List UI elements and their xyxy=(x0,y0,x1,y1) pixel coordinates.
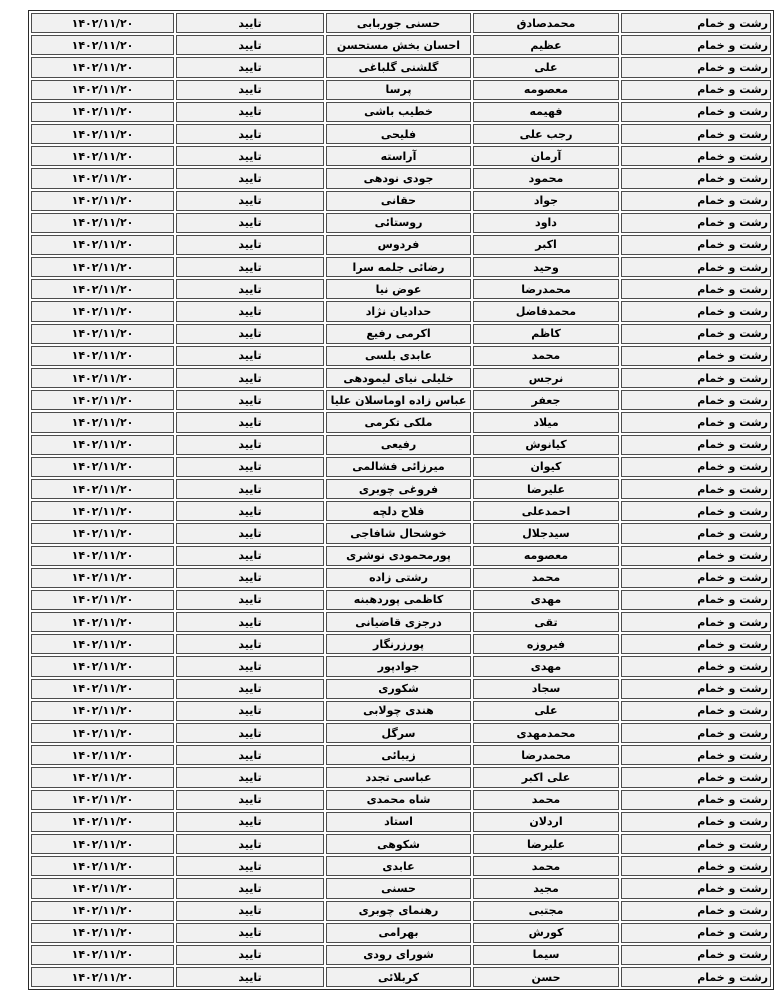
date-cell: ۱۴۰۲/۱۱/۲۰ xyxy=(31,390,174,410)
last-name-cell: فلاح دلچه xyxy=(326,501,471,521)
region-cell: رشت و خمام xyxy=(621,923,771,943)
first-name-cell: داود xyxy=(473,213,619,233)
table-row: رشت و خماماحمدعلیفلاح دلچهتایید۱۴۰۲/۱۱/۲… xyxy=(31,501,771,521)
region-cell: رشت و خمام xyxy=(621,634,771,654)
date-cell: ۱۴۰۲/۱۱/۲۰ xyxy=(31,80,174,100)
last-name-cell: شورای رودی xyxy=(326,945,471,965)
records-table: رشت و خماممحمدصادقحسنی جوربابیتایید۱۴۰۲/… xyxy=(28,10,774,990)
last-name-cell: رهنمای چوبری xyxy=(326,901,471,921)
table-row: رشت و خماممجیدحسنیتایید۱۴۰۲/۱۱/۲۰ xyxy=(31,878,771,898)
table-row: رشت و خماماکبرفردوستایید۱۴۰۲/۱۱/۲۰ xyxy=(31,235,771,255)
table-row: رشت و خمامفهیمهخطیب باشیتایید۱۴۰۲/۱۱/۲۰ xyxy=(31,102,771,122)
region-cell: رشت و خمام xyxy=(621,35,771,55)
region-cell: رشت و خمام xyxy=(621,546,771,566)
date-cell: ۱۴۰۲/۱۱/۲۰ xyxy=(31,35,174,55)
region-cell: رشت و خمام xyxy=(621,301,771,321)
first-name-cell: فیروزه xyxy=(473,634,619,654)
date-cell: ۱۴۰۲/۱۱/۲۰ xyxy=(31,412,174,432)
status-cell: تایید xyxy=(176,878,324,898)
status-cell: تایید xyxy=(176,213,324,233)
region-cell: رشت و خمام xyxy=(621,790,771,810)
first-name-cell: سیدجلال xyxy=(473,523,619,543)
date-cell: ۱۴۰۲/۱۱/۲۰ xyxy=(31,213,174,233)
region-cell: رشت و خمام xyxy=(621,146,771,166)
date-cell: ۱۴۰۲/۱۱/۲۰ xyxy=(31,967,174,987)
date-cell: ۱۴۰۲/۱۱/۲۰ xyxy=(31,612,174,632)
table-row: رشت و خماممهدیکاظمی پوردهبنهتایید۱۴۰۲/۱۱… xyxy=(31,590,771,610)
table-row: رشت و خماممعصومهپورمحمودی نوشریتایید۱۴۰۲… xyxy=(31,546,771,566)
document-page: رشت و خماممحمدصادقحسنی جوربابیتایید۱۴۰۲/… xyxy=(0,0,774,1000)
table-row: رشت و خماممحمدفاضلحدادیان نژادتایید۱۴۰۲/… xyxy=(31,301,771,321)
region-cell: رشت و خمام xyxy=(621,390,771,410)
first-name-cell: سجاد xyxy=(473,679,619,699)
status-cell: تایید xyxy=(176,812,324,832)
region-cell: رشت و خمام xyxy=(621,568,771,588)
status-cell: تایید xyxy=(176,13,324,33)
last-name-cell: خوشحال شافاجی xyxy=(326,523,471,543)
status-cell: تایید xyxy=(176,790,324,810)
last-name-cell: پورزرنگار xyxy=(326,634,471,654)
first-name-cell: محمدصادق xyxy=(473,13,619,33)
date-cell: ۱۴۰۲/۱۱/۲۰ xyxy=(31,767,174,787)
last-name-cell: عباسی تجدد xyxy=(326,767,471,787)
date-cell: ۱۴۰۲/۱۱/۲۰ xyxy=(31,124,174,144)
status-cell: تایید xyxy=(176,124,324,144)
date-cell: ۱۴۰۲/۱۱/۲۰ xyxy=(31,191,174,211)
status-cell: تایید xyxy=(176,723,324,743)
region-cell: رشت و خمام xyxy=(621,812,771,832)
date-cell: ۱۴۰۲/۱۱/۲۰ xyxy=(31,701,174,721)
region-cell: رشت و خمام xyxy=(621,856,771,876)
date-cell: ۱۴۰۲/۱۱/۲۰ xyxy=(31,257,174,277)
last-name-cell: عابدی بلسی xyxy=(326,346,471,366)
date-cell: ۱۴۰۲/۱۱/۲۰ xyxy=(31,590,174,610)
region-cell: رشت و خمام xyxy=(621,346,771,366)
region-cell: رشت و خمام xyxy=(621,479,771,499)
table-row: رشت و خمامسجادشکوریتایید۱۴۰۲/۱۱/۲۰ xyxy=(31,679,771,699)
first-name-cell: عظیم xyxy=(473,35,619,55)
first-name-cell: کاظم xyxy=(473,324,619,344)
region-cell: رشت و خمام xyxy=(621,457,771,477)
last-name-cell: گلشنی گلباغی xyxy=(326,57,471,77)
date-cell: ۱۴۰۲/۱۱/۲۰ xyxy=(31,723,174,743)
status-cell: تایید xyxy=(176,301,324,321)
status-cell: تایید xyxy=(176,634,324,654)
records-body: رشت و خماممحمدصادقحسنی جوربابیتایید۱۴۰۲/… xyxy=(31,13,771,987)
region-cell: رشت و خمام xyxy=(621,656,771,676)
last-name-cell: فروغی چوبری xyxy=(326,479,471,499)
last-name-cell: رشتی زاده xyxy=(326,568,471,588)
status-cell: تایید xyxy=(176,346,324,366)
status-cell: تایید xyxy=(176,80,324,100)
region-cell: رشت و خمام xyxy=(621,967,771,987)
region-cell: رشت و خمام xyxy=(621,834,771,854)
date-cell: ۱۴۰۲/۱۱/۲۰ xyxy=(31,901,174,921)
region-cell: رشت و خمام xyxy=(621,235,771,255)
status-cell: تایید xyxy=(176,590,324,610)
table-row: رشت و خماممحمدرضازیبائیتایید۱۴۰۲/۱۱/۲۰ xyxy=(31,745,771,765)
last-name-cell: رضائی جلمه سرا xyxy=(326,257,471,277)
first-name-cell: کورش xyxy=(473,923,619,943)
first-name-cell: مجید xyxy=(473,878,619,898)
status-cell: تایید xyxy=(176,701,324,721)
last-name-cell: عابدی xyxy=(326,856,471,876)
first-name-cell: علیرضا xyxy=(473,479,619,499)
first-name-cell: معصومه xyxy=(473,546,619,566)
table-row: رشت و خمامرجب علیفلیحیتایید۱۴۰۲/۱۱/۲۰ xyxy=(31,124,771,144)
first-name-cell: علی xyxy=(473,701,619,721)
first-name-cell: آرمان xyxy=(473,146,619,166)
date-cell: ۱۴۰۲/۱۱/۲۰ xyxy=(31,102,174,122)
status-cell: تایید xyxy=(176,967,324,987)
date-cell: ۱۴۰۲/۱۱/۲۰ xyxy=(31,279,174,299)
first-name-cell: اکبر xyxy=(473,235,619,255)
table-row: رشت و خمامسیماشورای رودیتایید۱۴۰۲/۱۱/۲۰ xyxy=(31,945,771,965)
last-name-cell: رفیعی xyxy=(326,435,471,455)
first-name-cell: محمد xyxy=(473,568,619,588)
table-row: رشت و خمامفیروزهپورزرنگارتایید۱۴۰۲/۱۱/۲۰ xyxy=(31,634,771,654)
status-cell: تایید xyxy=(176,767,324,787)
date-cell: ۱۴۰۲/۱۱/۲۰ xyxy=(31,546,174,566)
first-name-cell: محمود xyxy=(473,168,619,188)
last-name-cell: خطیب باشی xyxy=(326,102,471,122)
region-cell: رشت و خمام xyxy=(621,590,771,610)
date-cell: ۱۴۰۲/۱۱/۲۰ xyxy=(31,856,174,876)
first-name-cell: کیانوش xyxy=(473,435,619,455)
table-row: رشت و خمامجوادحقانیتایید۱۴۰۲/۱۱/۲۰ xyxy=(31,191,771,211)
last-name-cell: سرگل xyxy=(326,723,471,743)
last-name-cell: اکرمی رفیع xyxy=(326,324,471,344)
last-name-cell: بهرامی xyxy=(326,923,471,943)
date-cell: ۱۴۰۲/۱۱/۲۰ xyxy=(31,346,174,366)
first-name-cell: تقی xyxy=(473,612,619,632)
date-cell: ۱۴۰۲/۱۱/۲۰ xyxy=(31,146,174,166)
date-cell: ۱۴۰۲/۱۱/۲۰ xyxy=(31,790,174,810)
status-cell: تایید xyxy=(176,390,324,410)
status-cell: تایید xyxy=(176,834,324,854)
status-cell: تایید xyxy=(176,412,324,432)
region-cell: رشت و خمام xyxy=(621,124,771,144)
date-cell: ۱۴۰۲/۱۱/۲۰ xyxy=(31,479,174,499)
last-name-cell: آراسته xyxy=(326,146,471,166)
status-cell: تایید xyxy=(176,479,324,499)
last-name-cell: کربلائی xyxy=(326,967,471,987)
last-name-cell: شکوری xyxy=(326,679,471,699)
last-name-cell: پرسا xyxy=(326,80,471,100)
status-cell: تایید xyxy=(176,257,324,277)
table-row: رشت و خمامعلیرضاشکوهیتایید۱۴۰۲/۱۱/۲۰ xyxy=(31,834,771,854)
region-cell: رشت و خمام xyxy=(621,412,771,432)
table-row: رشت و خمامکاظماکرمی رفیعتایید۱۴۰۲/۱۱/۲۰ xyxy=(31,324,771,344)
table-row: رشت و خمامسیدجلالخوشحال شافاجیتایید۱۴۰۲/… xyxy=(31,523,771,543)
region-cell: رشت و خمام xyxy=(621,213,771,233)
status-cell: تایید xyxy=(176,35,324,55)
table-row: رشت و خمامنرجسخلیلی نیای لیمودهیتایید۱۴۰… xyxy=(31,368,771,388)
date-cell: ۱۴۰۲/۱۱/۲۰ xyxy=(31,235,174,255)
date-cell: ۱۴۰۲/۱۱/۲۰ xyxy=(31,745,174,765)
table-row: رشت و خمامعلیهندی چولابیتایید۱۴۰۲/۱۱/۲۰ xyxy=(31,701,771,721)
status-cell: تایید xyxy=(176,679,324,699)
date-cell: ۱۴۰۲/۱۱/۲۰ xyxy=(31,812,174,832)
status-cell: تایید xyxy=(176,612,324,632)
region-cell: رشت و خمام xyxy=(621,13,771,33)
status-cell: تایید xyxy=(176,923,324,943)
last-name-cell: پورمحمودی نوشری xyxy=(326,546,471,566)
region-cell: رشت و خمام xyxy=(621,324,771,344)
first-name-cell: علیرضا xyxy=(473,834,619,854)
table-row: رشت و خماممحمدعابدیتایید۱۴۰۲/۱۱/۲۰ xyxy=(31,856,771,876)
last-name-cell: عوض نیا xyxy=(326,279,471,299)
region-cell: رشت و خمام xyxy=(621,501,771,521)
first-name-cell: محمدرضا xyxy=(473,745,619,765)
status-cell: تایید xyxy=(176,546,324,566)
first-name-cell: محمدفاضل xyxy=(473,301,619,321)
region-cell: رشت و خمام xyxy=(621,945,771,965)
region-cell: رشت و خمام xyxy=(621,279,771,299)
date-cell: ۱۴۰۲/۱۱/۲۰ xyxy=(31,301,174,321)
date-cell: ۱۴۰۲/۱۱/۲۰ xyxy=(31,435,174,455)
first-name-cell: جواد xyxy=(473,191,619,211)
table-row: رشت و خماممعصومهپرساتایید۱۴۰۲/۱۱/۲۰ xyxy=(31,80,771,100)
date-cell: ۱۴۰۲/۱۱/۲۰ xyxy=(31,57,174,77)
status-cell: تایید xyxy=(176,191,324,211)
first-name-cell: سیما xyxy=(473,945,619,965)
first-name-cell: محمدمهدی xyxy=(473,723,619,743)
last-name-cell: حسنی xyxy=(326,878,471,898)
first-name-cell: معصومه xyxy=(473,80,619,100)
region-cell: رشت و خمام xyxy=(621,191,771,211)
status-cell: تایید xyxy=(176,324,324,344)
date-cell: ۱۴۰۲/۱۱/۲۰ xyxy=(31,656,174,676)
last-name-cell: شکوهی xyxy=(326,834,471,854)
date-cell: ۱۴۰۲/۱۱/۲۰ xyxy=(31,923,174,943)
status-cell: تایید xyxy=(176,168,324,188)
first-name-cell: محمد xyxy=(473,790,619,810)
status-cell: تایید xyxy=(176,368,324,388)
region-cell: رشت و خمام xyxy=(621,102,771,122)
date-cell: ۱۴۰۲/۱۱/۲۰ xyxy=(31,13,174,33)
status-cell: تایید xyxy=(176,57,324,77)
first-name-cell: اردلان xyxy=(473,812,619,832)
region-cell: رشت و خمام xyxy=(621,257,771,277)
date-cell: ۱۴۰۲/۱۱/۲۰ xyxy=(31,523,174,543)
status-cell: تایید xyxy=(176,523,324,543)
status-cell: تایید xyxy=(176,235,324,255)
last-name-cell: عباس زاده اوماسلان علیا xyxy=(326,390,471,410)
last-name-cell: حدادیان نژاد xyxy=(326,301,471,321)
date-cell: ۱۴۰۲/۱۱/۲۰ xyxy=(31,324,174,344)
table-row: رشت و خمامعلیگلشنی گلباغیتایید۱۴۰۲/۱۱/۲۰ xyxy=(31,57,771,77)
first-name-cell: میلاد xyxy=(473,412,619,432)
region-cell: رشت و خمام xyxy=(621,723,771,743)
first-name-cell: محمد xyxy=(473,856,619,876)
status-cell: تایید xyxy=(176,856,324,876)
first-name-cell: رجب علی xyxy=(473,124,619,144)
last-name-cell: فردوس xyxy=(326,235,471,255)
date-cell: ۱۴۰۲/۱۱/۲۰ xyxy=(31,168,174,188)
date-cell: ۱۴۰۲/۱۱/۲۰ xyxy=(31,368,174,388)
region-cell: رشت و خمام xyxy=(621,435,771,455)
last-name-cell: روستائی xyxy=(326,213,471,233)
date-cell: ۱۴۰۲/۱۱/۲۰ xyxy=(31,634,174,654)
table-row: رشت و خماممهدیجوادپورتایید۱۴۰۲/۱۱/۲۰ xyxy=(31,656,771,676)
region-cell: رشت و خمام xyxy=(621,168,771,188)
last-name-cell: درجزی قاضیانی xyxy=(326,612,471,632)
date-cell: ۱۴۰۲/۱۱/۲۰ xyxy=(31,834,174,854)
status-cell: تایید xyxy=(176,656,324,676)
region-cell: رشت و خمام xyxy=(621,679,771,699)
table-row: رشت و خماممیلادملکی تکرمیتایید۱۴۰۲/۱۱/۲۰ xyxy=(31,412,771,432)
table-row: رشت و خماممحمودجودی نودهیتایید۱۴۰۲/۱۱/۲۰ xyxy=(31,168,771,188)
last-name-cell: میرزائی فشالمی xyxy=(326,457,471,477)
last-name-cell: کاظمی پوردهبنه xyxy=(326,590,471,610)
last-name-cell: حسنی جوربابی xyxy=(326,13,471,33)
table-row: رشت و خمامآرمانآراستهتایید۱۴۰۲/۱۱/۲۰ xyxy=(31,146,771,166)
first-name-cell: محمدرضا xyxy=(473,279,619,299)
status-cell: تایید xyxy=(176,568,324,588)
last-name-cell: هندی چولابی xyxy=(326,701,471,721)
last-name-cell: جوادپور xyxy=(326,656,471,676)
table-row: رشت و خماممحمدمهدیسرگلتایید۱۴۰۲/۱۱/۲۰ xyxy=(31,723,771,743)
first-name-cell: علی اکبر xyxy=(473,767,619,787)
table-row: رشت و خمامکیانوشرفیعیتایید۱۴۰۲/۱۱/۲۰ xyxy=(31,435,771,455)
first-name-cell: مجتبی xyxy=(473,901,619,921)
region-cell: رشت و خمام xyxy=(621,57,771,77)
last-name-cell: خلیلی نیای لیمودهی xyxy=(326,368,471,388)
region-cell: رشت و خمام xyxy=(621,80,771,100)
first-name-cell: احمدعلی xyxy=(473,501,619,521)
status-cell: تایید xyxy=(176,279,324,299)
date-cell: ۱۴۰۲/۱۱/۲۰ xyxy=(31,457,174,477)
table-row: رشت و خمامکیوانمیرزائی فشالمیتایید۱۴۰۲/۱… xyxy=(31,457,771,477)
first-name-cell: مهدی xyxy=(473,656,619,676)
region-cell: رشت و خمام xyxy=(621,878,771,898)
table-row: رشت و خمامتقیدرجزی قاضیانیتایید۱۴۰۲/۱۱/۲… xyxy=(31,612,771,632)
last-name-cell: استاد xyxy=(326,812,471,832)
table-row: رشت و خماممحمدعابدی بلسیتایید۱۴۰۲/۱۱/۲۰ xyxy=(31,346,771,366)
region-cell: رشت و خمام xyxy=(621,901,771,921)
first-name-cell: جعفر xyxy=(473,390,619,410)
first-name-cell: حسن xyxy=(473,967,619,987)
first-name-cell: وحید xyxy=(473,257,619,277)
status-cell: تایید xyxy=(176,745,324,765)
table-row: رشت و خمامعلی اکبرعباسی تجددتایید۱۴۰۲/۱۱… xyxy=(31,767,771,787)
last-name-cell: جودی نودهی xyxy=(326,168,471,188)
table-row: رشت و خمامجعفرعباس زاده اوماسلان علیاتای… xyxy=(31,390,771,410)
table-row: رشت و خماموحیدرضائی جلمه سراتایید۱۴۰۲/۱۱… xyxy=(31,257,771,277)
status-cell: تایید xyxy=(176,457,324,477)
table-row: رشت و خماممجتبیرهنمای چوبریتایید۱۴۰۲/۱۱/… xyxy=(31,901,771,921)
last-name-cell: شاه محمدی xyxy=(326,790,471,810)
table-row: رشت و خماماردلاناستادتایید۱۴۰۲/۱۱/۲۰ xyxy=(31,812,771,832)
last-name-cell: فلیحی xyxy=(326,124,471,144)
last-name-cell: احسان بخش مستحسن xyxy=(326,35,471,55)
status-cell: تایید xyxy=(176,146,324,166)
status-cell: تایید xyxy=(176,435,324,455)
region-cell: رشت و خمام xyxy=(621,523,771,543)
status-cell: تایید xyxy=(176,102,324,122)
region-cell: رشت و خمام xyxy=(621,745,771,765)
table-row: رشت و خماممحمدصادقحسنی جوربابیتایید۱۴۰۲/… xyxy=(31,13,771,33)
first-name-cell: علی xyxy=(473,57,619,77)
last-name-cell: حقانی xyxy=(326,191,471,211)
date-cell: ۱۴۰۲/۱۱/۲۰ xyxy=(31,679,174,699)
first-name-cell: محمد xyxy=(473,346,619,366)
region-cell: رشت و خمام xyxy=(621,612,771,632)
table-row: رشت و خمامعلیرضافروغی چوبریتایید۱۴۰۲/۱۱/… xyxy=(31,479,771,499)
first-name-cell: نرجس xyxy=(473,368,619,388)
table-row: رشت و خمامحسنکربلائیتایید۱۴۰۲/۱۱/۲۰ xyxy=(31,967,771,987)
last-name-cell: ملکی تکرمی xyxy=(326,412,471,432)
region-cell: رشت و خمام xyxy=(621,368,771,388)
status-cell: تایید xyxy=(176,945,324,965)
table-row: رشت و خماممحمدشاه محمدیتایید۱۴۰۲/۱۱/۲۰ xyxy=(31,790,771,810)
date-cell: ۱۴۰۲/۱۱/۲۰ xyxy=(31,568,174,588)
date-cell: ۱۴۰۲/۱۱/۲۰ xyxy=(31,945,174,965)
table-row: رشت و خمامعظیماحسان بخش مستحسنتایید۱۴۰۲/… xyxy=(31,35,771,55)
date-cell: ۱۴۰۲/۱۱/۲۰ xyxy=(31,878,174,898)
first-name-cell: مهدی xyxy=(473,590,619,610)
status-cell: تایید xyxy=(176,901,324,921)
table-row: رشت و خمامکورشبهرامیتایید۱۴۰۲/۱۱/۲۰ xyxy=(31,923,771,943)
date-cell: ۱۴۰۲/۱۱/۲۰ xyxy=(31,501,174,521)
status-cell: تایید xyxy=(176,501,324,521)
first-name-cell: کیوان xyxy=(473,457,619,477)
table-row: رشت و خماممحمدرشتی زادهتایید۱۴۰۲/۱۱/۲۰ xyxy=(31,568,771,588)
region-cell: رشت و خمام xyxy=(621,767,771,787)
table-row: رشت و خمامداودروستائیتایید۱۴۰۲/۱۱/۲۰ xyxy=(31,213,771,233)
table-row: رشت و خماممحمدرضاعوض نیاتایید۱۴۰۲/۱۱/۲۰ xyxy=(31,279,771,299)
region-cell: رشت و خمام xyxy=(621,701,771,721)
last-name-cell: زیبائی xyxy=(326,745,471,765)
first-name-cell: فهیمه xyxy=(473,102,619,122)
